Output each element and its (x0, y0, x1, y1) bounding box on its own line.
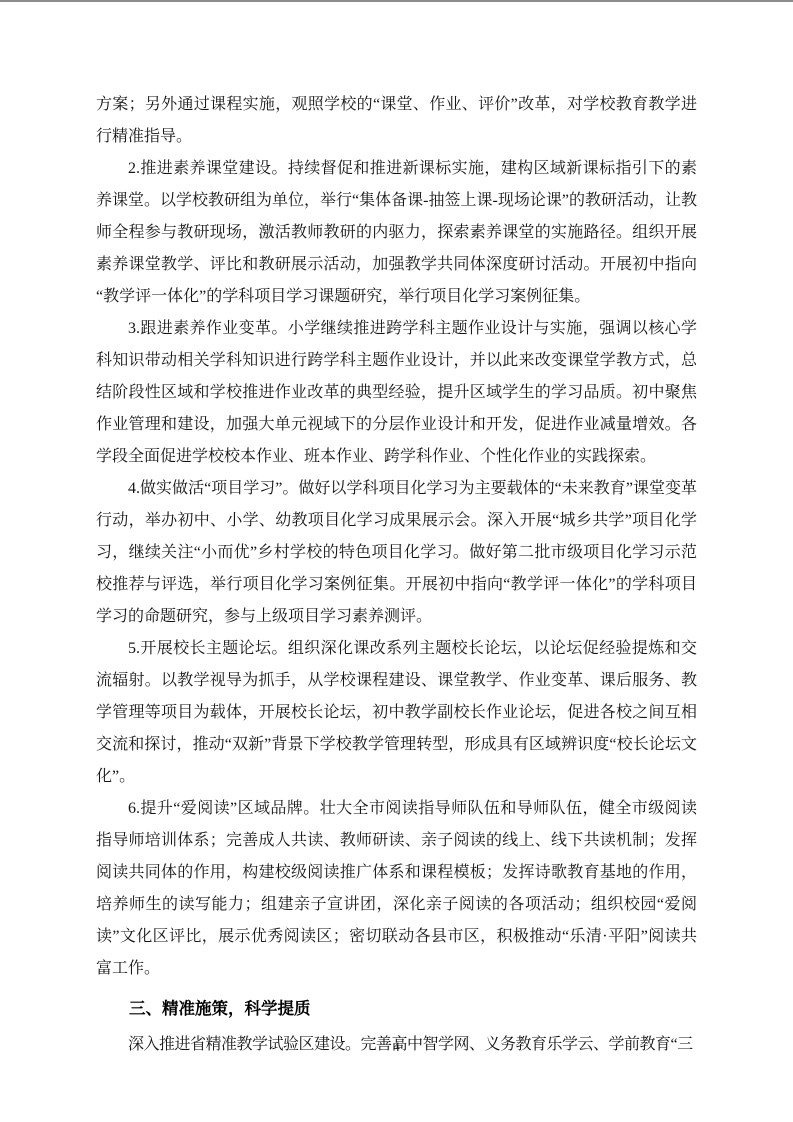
paragraph-item-5: 5.开展校长主题论坛。组织深化课改系列主题校长论坛，以论坛促经验提炼和交流辐射。… (96, 633, 697, 793)
paragraph-continuation: 方案；另外通过课程实施，观照学校的“课堂、作业、评价”改革，对学校教育教学进行精… (96, 89, 697, 153)
page-footer: 4 (0, 1038, 793, 1056)
paragraph-item-4: 4.做实做活“项目学习”。做好以学科项目化学习为主要载体的“未来教育”课堂变革行… (96, 473, 697, 633)
page-number: 4 (393, 1039, 400, 1054)
paragraph-item-6: 6.提升“爱阅读”区域品牌。壮大全市阅读指导师队伍和导师队伍，健全市级阅读指导师… (96, 793, 697, 985)
document-page: 方案；另外通过课程实施，观照学校的“课堂、作业、评价”改革，对学校教育教学进行精… (0, 0, 793, 1122)
page-content: 方案；另外通过课程实施，观照学校的“课堂、作业、评价”改革，对学校教育教学进行精… (0, 2, 793, 1061)
paragraph-item-2: 2.推进素养课堂建设。持续督促和推进新课标实施，建构区域新课标指引下的素养课堂。… (96, 153, 697, 313)
section-heading: 三、精准施策，科学提质 (96, 993, 697, 1025)
paragraph-item-3: 3.跟进素养作业变革。小学继续推进跨学科主题作业设计与实施，强调以核心学科知识带… (96, 313, 697, 473)
